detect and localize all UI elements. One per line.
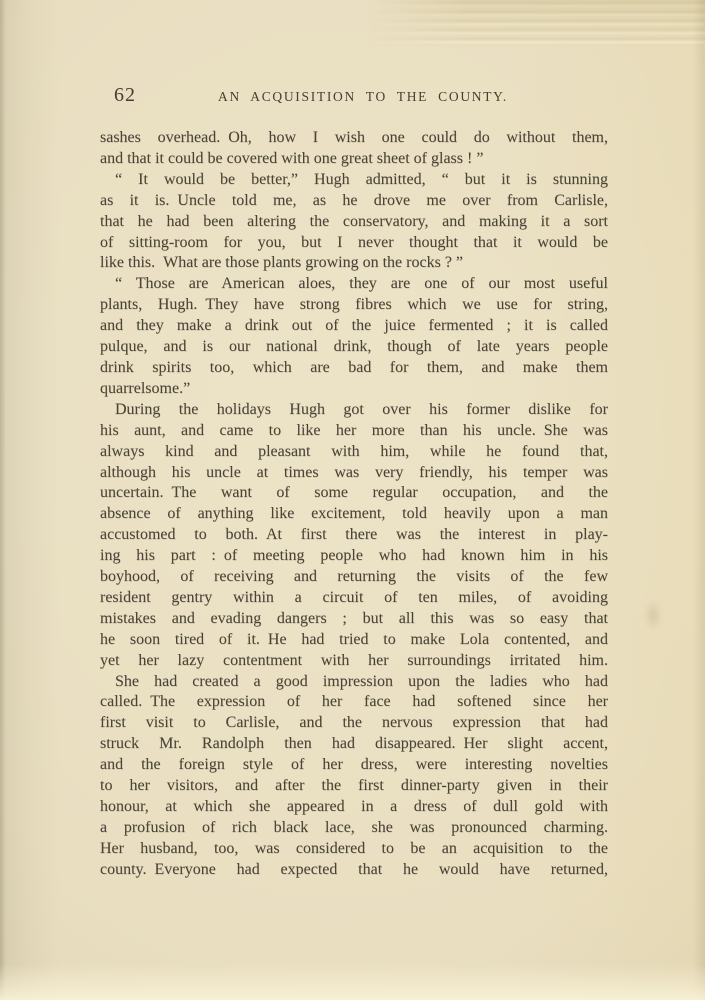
text-line: he soon tired of it. He had tried to mak… (100, 630, 608, 651)
text-line: plants, Hugh. They have strong fibres wh… (100, 295, 608, 316)
text-line: “ Those are American aloes, they are one… (100, 274, 608, 295)
text-line: honour, at which she appeared in a dress… (100, 797, 608, 818)
paragraph: She had created a good impression upon t… (100, 672, 608, 881)
text-line: like this. What are those plants growing… (100, 253, 608, 274)
text-line: his aunt, and came to like her more than… (100, 421, 608, 442)
text-line: During the holidays Hugh got over his fo… (100, 400, 608, 421)
text-line: a profusion of rich black lace, she was … (100, 818, 608, 839)
text-line: and that it could be covered with one gr… (100, 149, 608, 170)
paragraph: During the holidays Hugh got over his fo… (100, 400, 608, 672)
paper-blemish (644, 600, 662, 630)
text-line: of sitting-room for you, but I never tho… (100, 233, 608, 254)
text-line: struck Mr. Randolph then had disappeared… (100, 734, 608, 755)
page-edge-shadow-right (693, 0, 705, 1000)
text-line: “ It would be better,” Hugh admitted, “ … (100, 170, 608, 191)
page-edge-shadow-left (0, 0, 60, 1000)
text-line: drink spirits too, which are bad for the… (100, 358, 608, 379)
text-line: as it is. Uncle told me, as he drove me … (100, 191, 608, 212)
text-line: yet her lazy contentment with her surrou… (100, 651, 608, 672)
text-line: and the foreign style of her dress, were… (100, 755, 608, 776)
page-edge-texture-top (367, 0, 705, 46)
text-line: called. The expression of her face had s… (100, 692, 608, 713)
text-line: although his uncle at times was very fri… (100, 463, 608, 484)
text-line: uncertain. The want of some regular occu… (100, 483, 608, 504)
page-body: sashes overhead. Oh, how I wish one coul… (100, 128, 608, 881)
text-line: Her husband, too, was considered to be a… (100, 839, 608, 860)
paragraph: “ Those are American aloes, they are one… (100, 274, 608, 399)
paragraph: sashes overhead. Oh, how I wish one coul… (100, 128, 608, 170)
page-header: 62 AN ACQUISITION TO THE COUNTY. (100, 84, 608, 108)
text-line: absence of anything like excitement, tol… (100, 504, 608, 525)
text-line: She had created a good impression upon t… (100, 672, 608, 693)
text-line: accustomed to both. At first there was t… (100, 525, 608, 546)
text-line: always kind and pleasant with him, while… (100, 442, 608, 463)
text-line: county. Everyone had expected that he wo… (100, 860, 608, 881)
text-line: that he had been altering the conservato… (100, 212, 608, 233)
running-header: AN ACQUISITION TO THE COUNTY. (118, 89, 608, 105)
text-line: quarrelsome.” (100, 379, 608, 400)
text-line: pulque, and is our national drink, thoug… (100, 337, 608, 358)
text-line: boyhood, of receiving and returning the … (100, 567, 608, 588)
paragraph: “ It would be better,” Hugh admitted, “ … (100, 170, 608, 275)
text-line: resident gentry within a circuit of ten … (100, 588, 608, 609)
text-line: and they make a drink out of the juice f… (100, 316, 608, 337)
book-page: 62 AN ACQUISITION TO THE COUNTY. sashes … (0, 0, 705, 1000)
text-line: sashes overhead. Oh, how I wish one coul… (100, 128, 608, 149)
text-line: to her visitors, and after the first din… (100, 776, 608, 797)
text-line: first visit to Carlisle, and the nervous… (100, 713, 608, 734)
text-line: mistakes and evading dangers ; but all t… (100, 609, 608, 630)
page-edge-light-bottom (0, 964, 705, 1000)
text-line: ing his part : of meeting people who had… (100, 546, 608, 567)
